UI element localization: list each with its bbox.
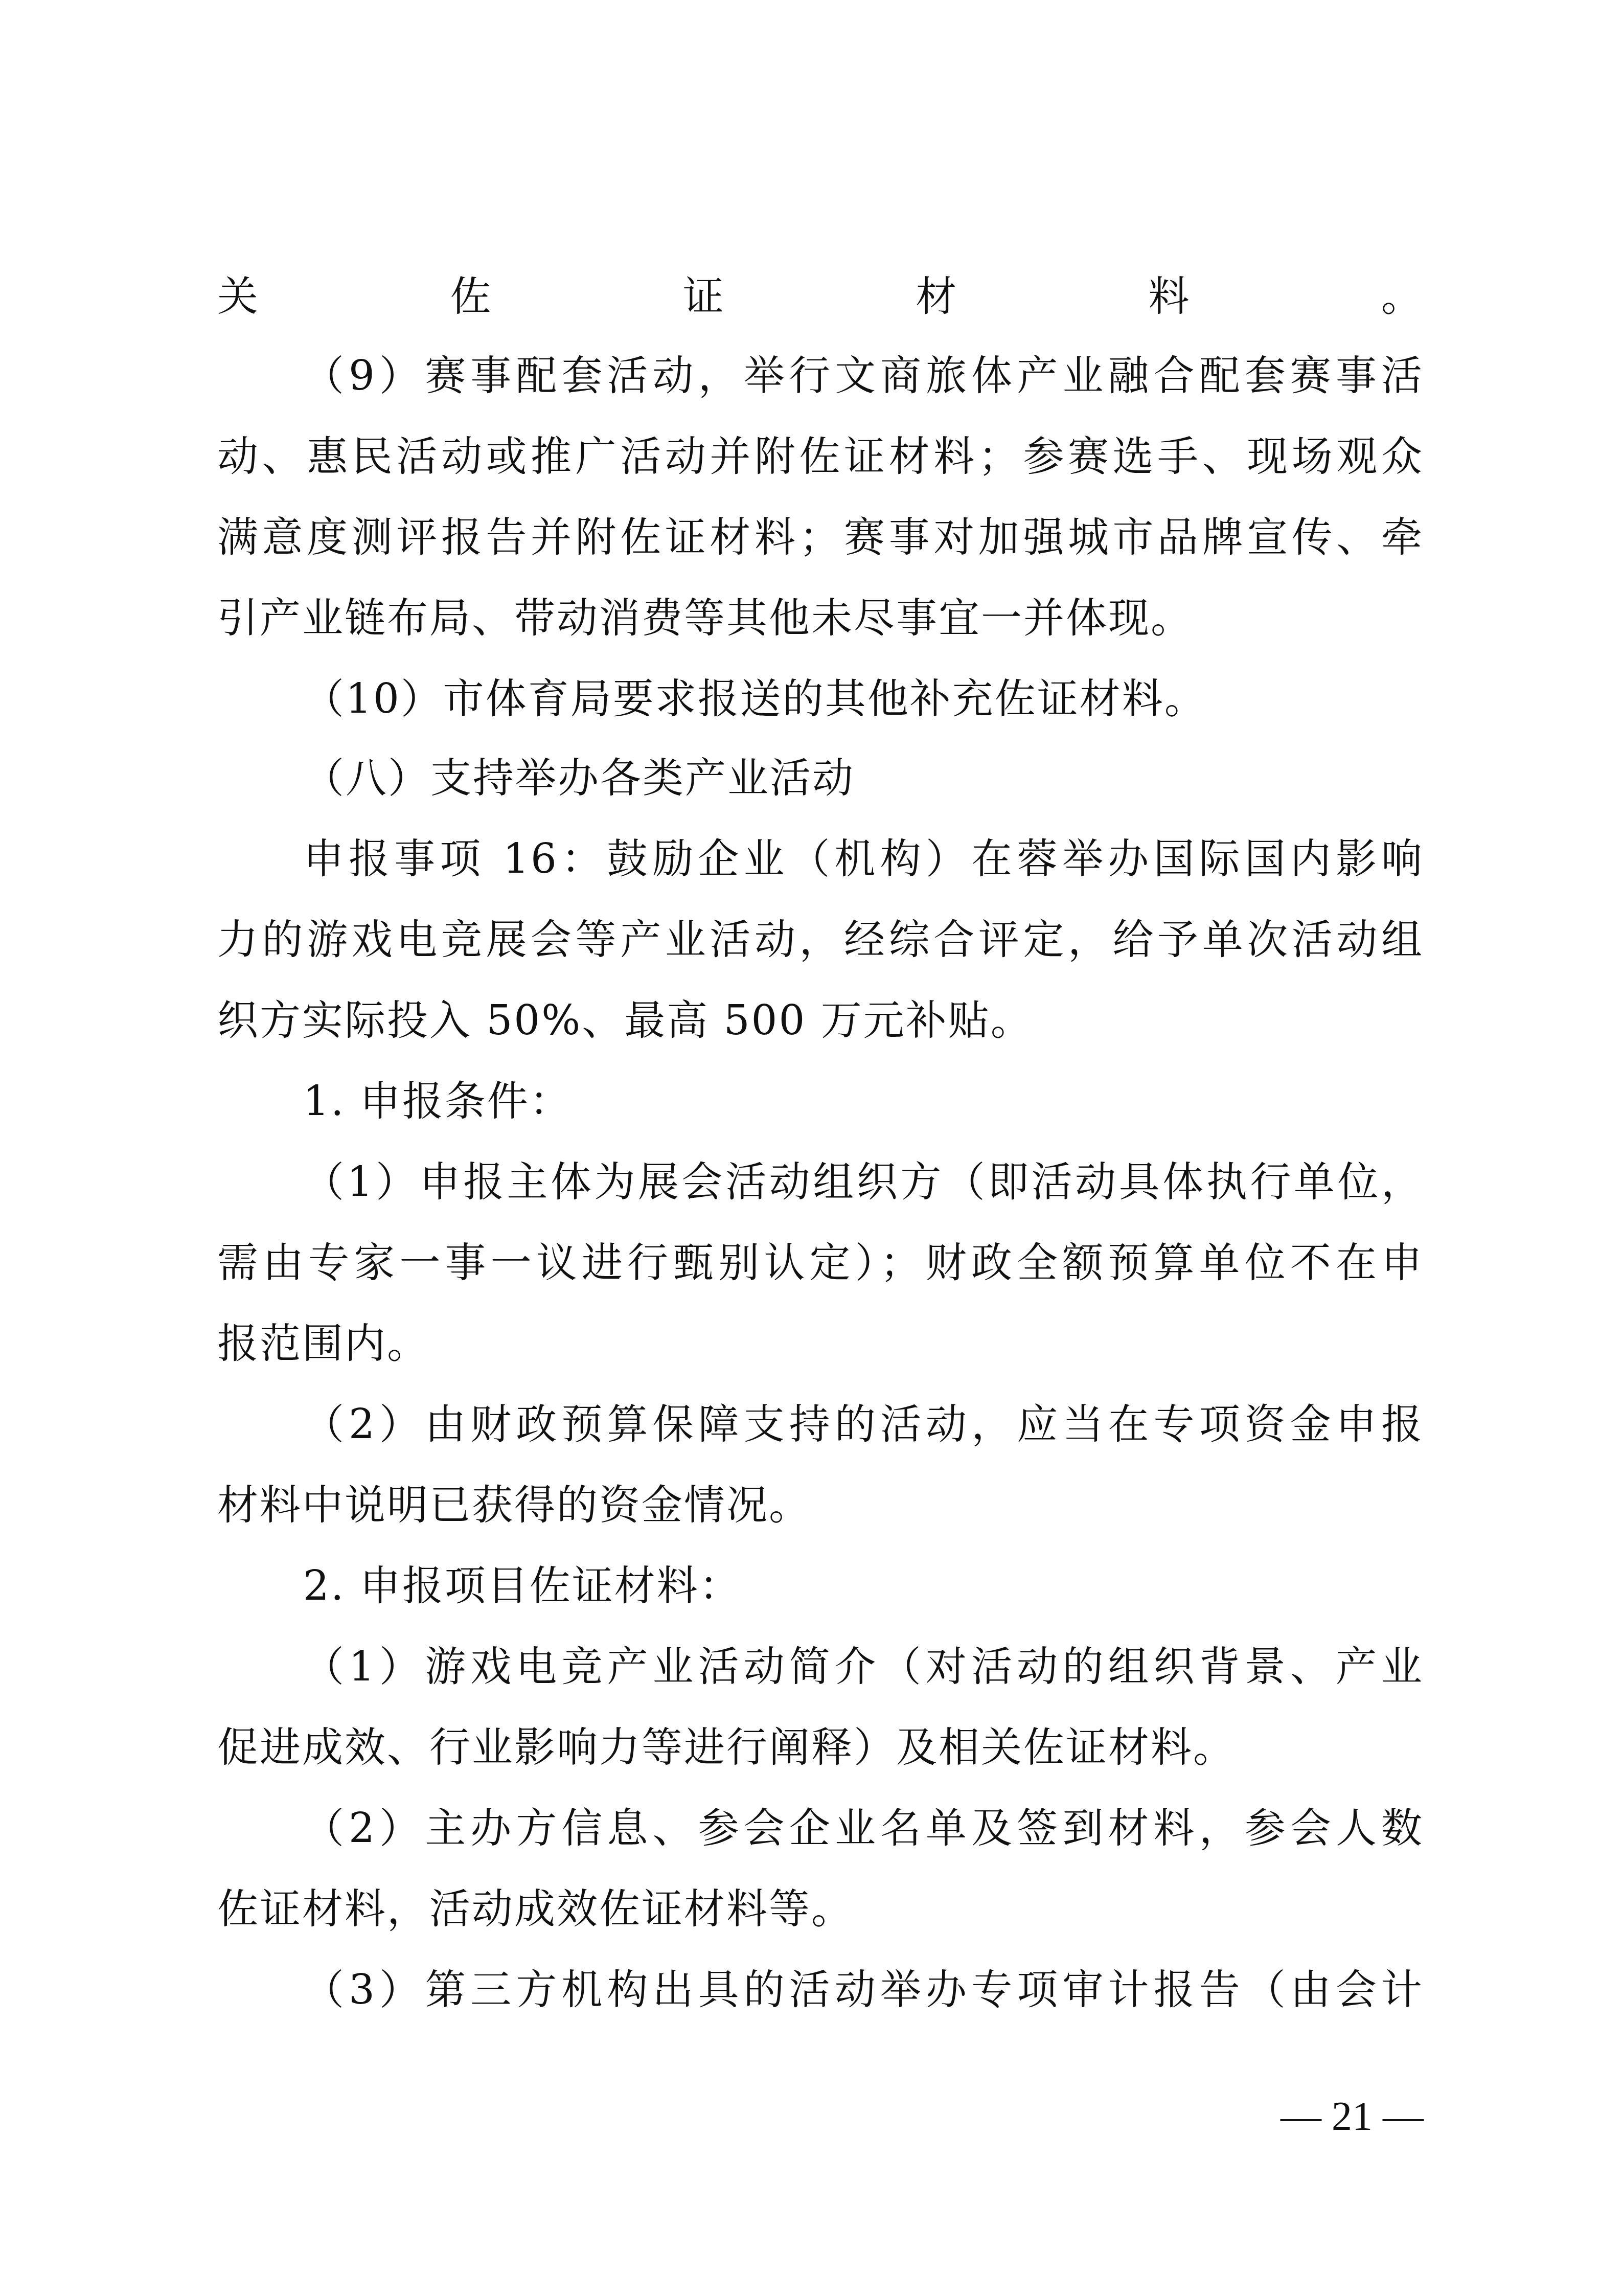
material-item-3: （3）第三方机构出具的活动举办专项审计报告（由会计 (303, 1964, 1424, 2015)
list-item-10: （10）市体育局要求报送的其他补充佐证材料。 (303, 673, 1424, 724)
text-line: 材料中说明已获得的资金情况。 (217, 1480, 1424, 1531)
text-line: 需由专家一事一议进行甄别认定）；财政全额预算单位不在申 (217, 1237, 1424, 1288)
document-page: 关佐证材料。 （9）赛事配套活动，举行文商旅体产业融合配套赛事活 动、惠民活动或… (0, 0, 1623, 2296)
condition-item-1: （1）申报主体为展会活动组织方（即活动具体执行单位， (303, 1156, 1424, 1208)
text-line: 报范围内。 (217, 1318, 1424, 1369)
page-number: — 21 — (1227, 2091, 1424, 2142)
section-heading: （八）支持举办各类产业活动 (303, 753, 1424, 804)
text-line: 织方实际投入 50%、最高 500 万元补贴。 (217, 995, 1424, 1046)
material-item-2: （2）主办方信息、参会企业名单及签到材料，参会人数 (303, 1803, 1424, 1854)
condition-item-2: （2）由财政预算保障支持的活动，应当在专项资金申报 (303, 1399, 1424, 1450)
subheading-conditions: 1. 申报条件： (303, 1076, 1424, 1127)
text-line: 促进成效、行业影响力等进行阐释）及相关佐证材料。 (217, 1722, 1424, 1773)
declaration-item-16: 申报事项 16：鼓励企业（机构）在蓉举办国际国内影响 (303, 833, 1424, 884)
text-line: 动、惠民活动或推广活动并附佐证材料；参赛选手、现场观众 (217, 431, 1424, 482)
text-line: 引产业链布局、带动消费等其他未尽事宜一并体现。 (217, 593, 1424, 644)
subheading-materials: 2. 申报项目佐证材料： (303, 1560, 1424, 1611)
text-line: 满意度测评报告并附佐证材料；赛事对加强城市品牌宣传、牵 (217, 512, 1424, 563)
text-line: 关佐证材料。 (217, 271, 1424, 322)
text-line: 力的游戏电竞展会等产业活动，经综合评定，给予单次活动组 (217, 914, 1424, 965)
material-item-1: （1）游戏电竞产业活动简介（对活动的组织背景、产业 (303, 1641, 1424, 1692)
text-line: 佐证材料，活动成效佐证材料等。 (217, 1883, 1424, 1935)
list-item-9: （9）赛事配套活动，举行文商旅体产业融合配套赛事活 (303, 350, 1424, 401)
